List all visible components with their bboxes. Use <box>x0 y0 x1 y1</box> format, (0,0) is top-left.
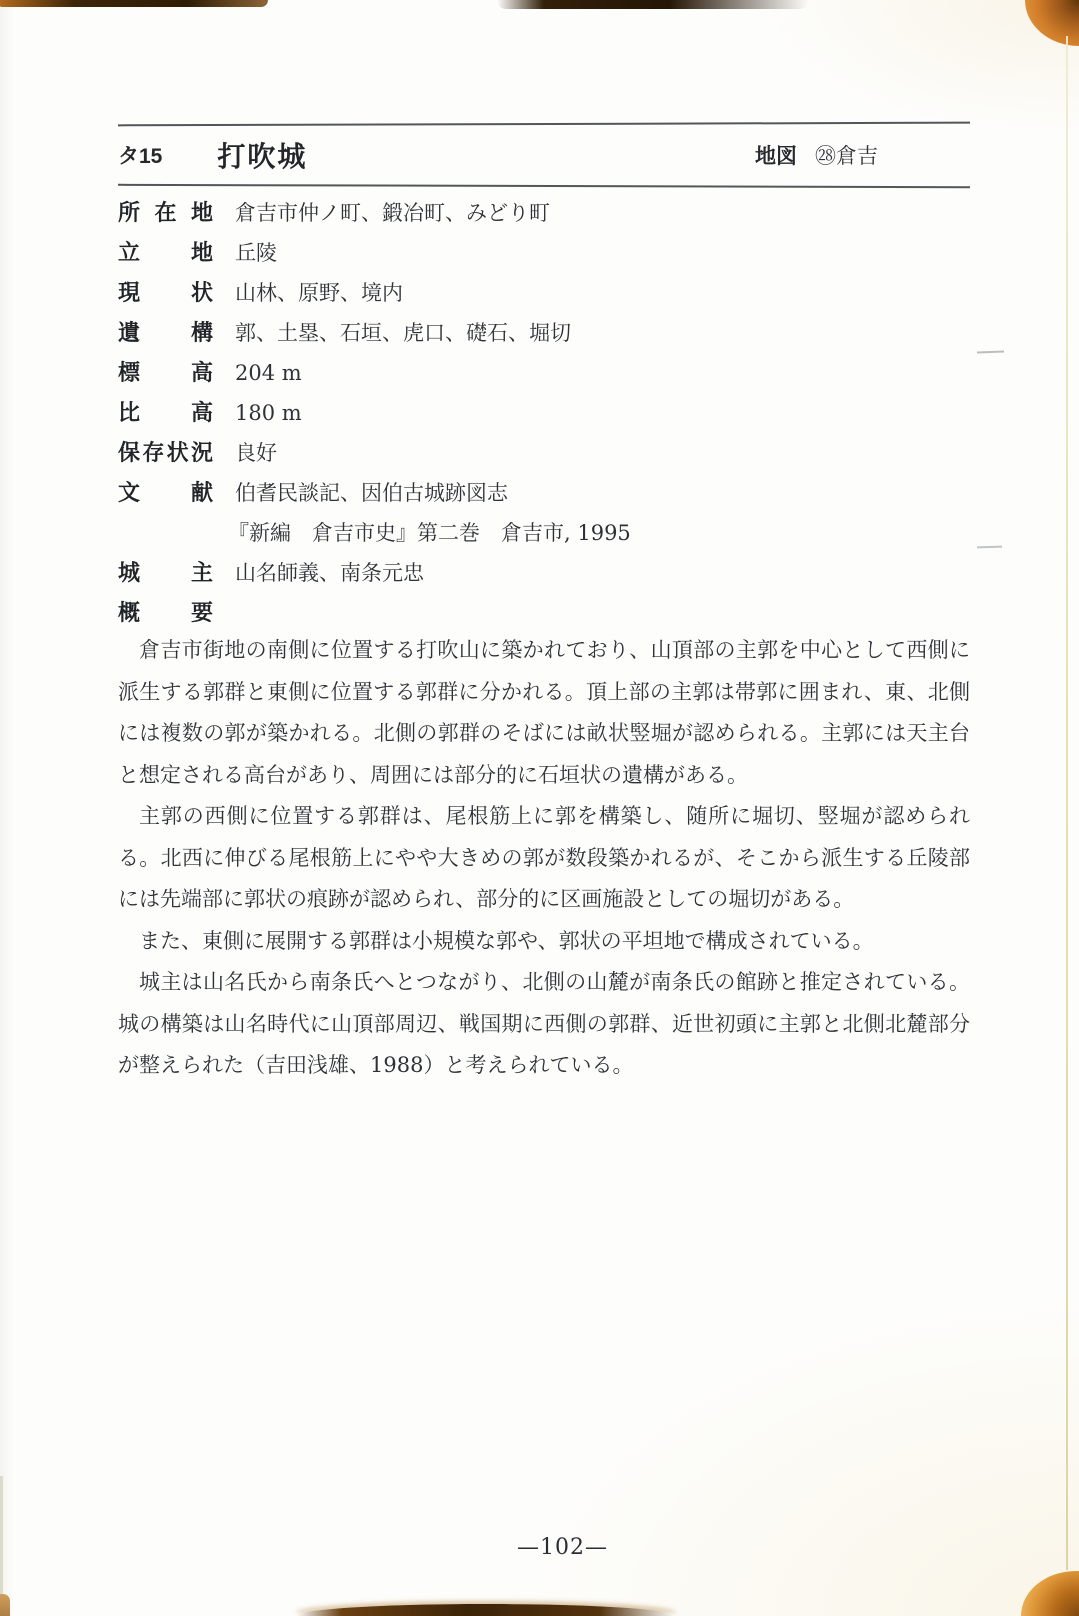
field-label: 城主 <box>118 553 213 593</box>
field-label: 標高 <box>118 353 213 393</box>
field-value: 伯耆民談記、因伯古城跡図志 <box>235 473 508 513</box>
field-row-references: 文献 伯耆民談記、因伯古城跡図志 <box>118 473 970 513</box>
field-row-overview-heading: 概要 <box>118 593 970 633</box>
overview-text: 倉吉市街地の南側に位置する打吹山に築かれており、山頂部の主郭を中心として西側に派… <box>118 630 970 1087</box>
field-label: 現状 <box>118 273 213 313</box>
field-label: 遺構 <box>118 313 213 353</box>
overview-paragraph-4: 城主は山名氏から南条氏へとつながり、北側の山麓が南条氏の館跡と推定されている。城… <box>118 962 970 1087</box>
entry-header: タ15 打吹城 地図 ㉘倉吉 <box>118 131 970 179</box>
page-title: 打吹城 <box>217 135 307 175</box>
field-label: 概要 <box>118 593 213 633</box>
field-row-lord: 城主 山名師義、南条元忠 <box>118 553 970 593</box>
field-row-location: 所在地 倉吉市仲ノ町、鍛冶町、みどり町 <box>118 193 970 233</box>
fields-list: 所在地 倉吉市仲ノ町、鍛冶町、みどり町 立地 丘陵 現状 山林、原野、境内 遺構… <box>118 193 970 633</box>
field-value-continued: 『新編 倉吉市史』第二巻 倉吉市, 1995 <box>228 513 631 553</box>
field-value: 山林、原野、境内 <box>235 273 403 313</box>
field-label: 文献 <box>118 473 213 513</box>
field-value: 204 m <box>235 353 302 393</box>
field-value: 180 m <box>235 393 302 433</box>
field-value: 良好 <box>235 433 277 473</box>
field-row-elevation: 標高 204 m <box>118 353 970 393</box>
field-row-preservation: 保存状況 良好 <box>118 433 970 473</box>
map-reference: 地図 ㉘倉吉 <box>755 140 970 170</box>
field-row-remains: 遺構 郭、土塁、石垣、虎口、礎石、堀切 <box>118 313 970 353</box>
field-label: 保存状況 <box>118 433 213 473</box>
field-value: 郭、土塁、石垣、虎口、礎石、堀切 <box>235 313 571 353</box>
field-row-terrain: 立地 丘陵 <box>118 233 970 273</box>
overview-paragraph-3: また、東側に展開する郭群は小規模な郭や、郭状の平坦地で構成されている。 <box>118 921 970 963</box>
map-label: 地図 <box>755 140 797 170</box>
overview-paragraph-2: 主郭の西側に位置する郭群は、尾根筋上に郭を構築し、随所に堀切、竪堀が認められる。… <box>118 796 970 921</box>
field-value: 倉吉市仲ノ町、鍛冶町、みどり町 <box>235 193 550 233</box>
overview-paragraph-1: 倉吉市街地の南側に位置する打吹山に築かれており、山頂部の主郭を中心として西側に派… <box>118 630 970 796</box>
field-value: 丘陵 <box>235 233 277 273</box>
field-row-relative-height: 比高 180 m <box>118 393 970 433</box>
field-label: 比高 <box>118 393 213 433</box>
map-ref-value: ㉘倉吉 <box>815 140 878 170</box>
field-value: 山名師義、南条元忠 <box>235 553 424 593</box>
page-number: —102— <box>23 1535 1079 1560</box>
field-row-current-state: 現状 山林、原野、境内 <box>118 273 970 313</box>
field-label: 所在地 <box>118 193 213 233</box>
entry-id: タ15 <box>118 140 162 170</box>
field-row-references-line2: 『新編 倉吉市史』第二巻 倉吉市, 1995 <box>118 513 970 553</box>
field-label: 立地 <box>118 233 213 273</box>
